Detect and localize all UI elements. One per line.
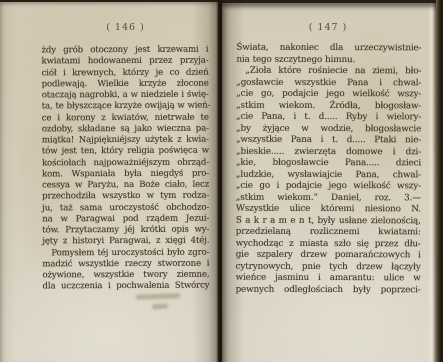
right-page-text: Świata, nakoniec dla urzeczywistnie-nia …: [236, 43, 422, 297]
book-scan: ( 146 ) żdy grób otoczony jest krzewami …: [0, 0, 443, 362]
text-line: „stkim wiekom. Źródła, błogosław-: [236, 100, 421, 112]
text-line: madzić wszystkie rzeczy stworzone i: [42, 258, 209, 270]
text-line: S a k r a m e n t, były usłane zielonośc…: [236, 215, 421, 227]
text-line: ju, taż sama uroczystość obchodzo-: [42, 202, 209, 214]
text-line: wychodząc z miasta szło się przez dłu-: [236, 238, 421, 250]
text-line: „wszystkie Pana i t. d..... Ptaki nie-: [236, 135, 421, 147]
text-line: przechodziła wszystko w tym rodza-: [42, 191, 209, 203]
text-line: przedzielaną rozlicznemi kwiatami:: [236, 227, 421, 239]
text-line: „cie go, podajcie jego wielkość wszy-: [236, 89, 421, 101]
text-line: wieńce jasminu i amarantu: ulice w: [236, 273, 421, 285]
text-line: „bieskie..... zwierzęta domowe i dzi-: [236, 146, 421, 158]
text-line: „kie, błogosławcie Pana..... dzieci: [236, 158, 421, 170]
ink-bleed-through: [152, 304, 168, 310]
text-line: Wszystkie ulice któremi niesiono N.: [236, 204, 421, 216]
left-page: ( 146 ) żdy grób otoczony jest krzewami …: [0, 2, 218, 362]
text-line: kwiatami hodowanemi przez przyja-: [42, 56, 209, 68]
text-line: pewnych odległościach były poprzeci-: [236, 284, 421, 296]
text-line: kom. Wspaniała była niegdyś pro-: [42, 168, 209, 180]
text-line: Świata, nakoniec dla urzeczywistnie-: [236, 43, 421, 55]
text-line: „gosławcie wszystkie Pana i chwal-: [236, 77, 421, 89]
text-line: „ludzkie, wysławiajcie Pana, chwal-: [236, 169, 421, 181]
text-line: „cie Pana, i t. d..... Ryby i wielory-: [236, 112, 421, 124]
right-page-number: ( 147 ): [236, 22, 420, 33]
text-line: nia tego szczytnego himnu.: [236, 54, 421, 66]
text-line: podlewają. Wielkie krzyże złocone: [42, 78, 209, 90]
text-line: na w Paragwai pod rządem Jezui-: [42, 213, 209, 225]
ink-bleed-through: [136, 293, 180, 300]
right-page: ( 147 ) Świata, nakoniec dla urzeczywist…: [222, 3, 437, 362]
text-line: ozdoby, składane są jako wieczna pa-: [42, 123, 209, 135]
left-page-text: żdy grób otoczony jest krzewami ikwiatam…: [41, 45, 209, 293]
text-line: tów jest ten, który religia poświęca w: [42, 146, 209, 158]
text-line: dla uczczenia i pochwalenia Stwórcy: [42, 281, 209, 293]
text-line: cytrynowych, pnie tych drzew łączyły: [236, 261, 421, 273]
book-edge-shadow: [436, 0, 443, 362]
text-line: „by żyjące w wodzie, błogosławcie: [236, 123, 421, 135]
text-line: ciół i krewnych, którzy je co dzień: [42, 67, 209, 79]
text-line: kościołach najpoważniéjszym obrząd-: [42, 157, 209, 169]
text-line: „stkim wiekom.” Daniel, roz. 3.—: [236, 192, 421, 204]
text-line: Pomysłem téj uroczystości było zgro-: [42, 247, 209, 259]
text-line: „Zioła które rośniecie na ziemi, bło-: [236, 66, 421, 78]
text-line: gie szpalery drzew pomarańczowych i: [236, 250, 421, 262]
text-line: ce i korony z kwiatów, nietrwałe te: [42, 112, 209, 124]
left-page-number: ( 146 ): [42, 22, 209, 33]
text-line: „cie go i podajcie jego wielkość wszy-: [236, 181, 421, 193]
text-line: jęty z historyi Paragwai, z xięgi 4téj.: [42, 236, 209, 248]
text-line: ta, te błyszczące krzyże owijają w wień-: [42, 101, 209, 113]
